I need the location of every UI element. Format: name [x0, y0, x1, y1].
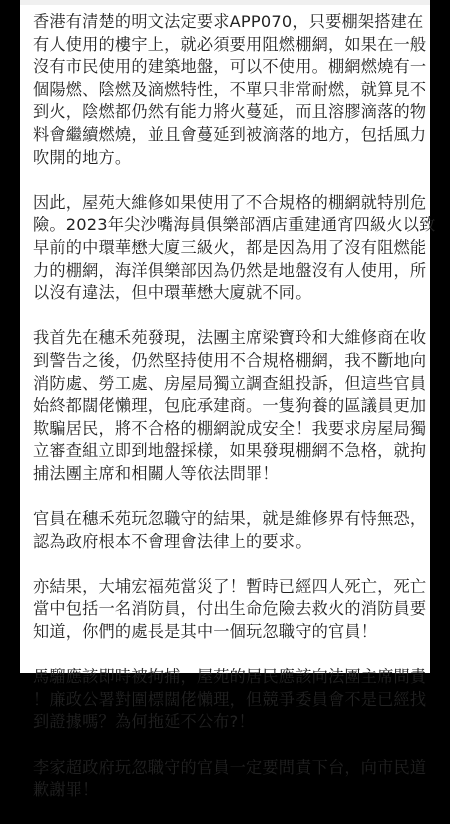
text-line: 力的棚網，海洋俱樂部因為仍然是地盤沒有人使用，所 — [33, 260, 428, 283]
text-line: 消防處、勞工處、房屋局獨立調查組投訴，但這些官員 — [33, 373, 428, 396]
text-line: 因此，屋苑大維修如果使用了不合規格的棚網就特別危 — [33, 192, 428, 215]
paragraph-4: 官員在穗禾苑玩忽職守的結果，就是維修界有恃無恐， 認為政府根本不會理會法律上的要… — [33, 508, 428, 553]
text-line: 官員在穗禾苑玩忽職守的結果，就是維修界有恃無恐， — [33, 508, 428, 531]
text-line: 到火，陰燃都仍然有能力將火蔓延，而且溶膠滴落的物 — [33, 101, 428, 124]
text-line: 我首先在穗禾苑發現，法團主席梁寶玲和大維修商在收 — [33, 327, 428, 350]
text-line: 馬騮應該即時被拘捕，屋苑的居民應該向法團主席問責 — [33, 666, 428, 673]
text-line: 香港有清楚的明文法定要求APP070，只要棚架搭建在 — [33, 11, 428, 34]
text-line: 險。2023年尖沙嘴海員俱樂部酒店重建通宵四級火以致 — [33, 214, 428, 237]
text-line: 以沒有違法，但中環華懋大廈就不同。 — [33, 282, 428, 305]
text-line: 個陽燃、陰燃及滴燃特性，不單只非常耐燃，就算見不 — [33, 79, 428, 102]
text-line: 吹開的地方。 — [33, 147, 428, 170]
post-panel: 香港有清楚的明文法定要求APP070，只要棚架搭建在 有人使用的樓宇上，就必須要… — [20, 0, 430, 673]
paragraph-1: 香港有清楚的明文法定要求APP070，只要棚架搭建在 有人使用的樓宇上，就必須要… — [33, 11, 428, 169]
post-body: 香港有清楚的明文法定要求APP070，只要棚架搭建在 有人使用的樓宇上，就必須要… — [33, 11, 428, 673]
text-line: 到警告之後，仍然堅持使用不合規格棚網，我不斷地向 — [33, 350, 428, 373]
text-line: 始終都闊佬懶理，包庇承建商。一隻狗養的區議員更加 — [33, 395, 428, 418]
text-line: 知道，你們的處長是其中一個玩忽職守的官員！ — [33, 621, 428, 644]
text-line: 認為政府根本不會理會法律上的要求。 — [33, 531, 428, 554]
text-line: 當中包括一名消防員，付出生命危險去救火的消防員要 — [33, 598, 428, 621]
text-line: 沒有市民使用的建築地盤，可以不使用。棚網燃燒有一 — [33, 56, 428, 79]
text-line: 捕法團主席和相關人等依法問罪！ — [33, 463, 428, 486]
paragraph-5: 亦結果，大埔宏福苑當災了！暫時已經四人死亡，死亡 當中包括一名消防員，付出生命危… — [33, 576, 428, 644]
paragraph-2: 因此，屋苑大維修如果使用了不合規格的棚網就特別危 險。2023年尖沙嘴海員俱樂部… — [33, 192, 428, 305]
text-line: 有人使用的樓宇上，就必須要用阻燃棚網，如果在一般 — [33, 34, 428, 57]
text-line: 亦結果，大埔宏福苑當災了！暫時已經四人死亡，死亡 — [33, 576, 428, 599]
text-line: 料會繼續燃燒，並且會蔓延到被滴落的地方，包括風力 — [33, 124, 428, 147]
text-line: 欺騙居民，將不合格的棚網說成安全！我要求房屋局獨 — [33, 418, 428, 441]
paragraph-3: 我首先在穗禾苑發現，法團主席梁寶玲和大維修商在收 到警告之後，仍然堅持使用不合規… — [33, 327, 428, 485]
paragraph-6: 馬騮應該即時被拘捕，屋苑的居民應該向法團主席問責 ！廉政公署對圍標闊佬懶理，但競… — [33, 666, 428, 673]
text-line: 早前的中環華懋大廈三級火，都是因為用了沒有阻燃能 — [33, 237, 428, 260]
text-line: 立審查組立即到地盤採樣，如果發現棚網不急格，就拘 — [33, 440, 428, 463]
